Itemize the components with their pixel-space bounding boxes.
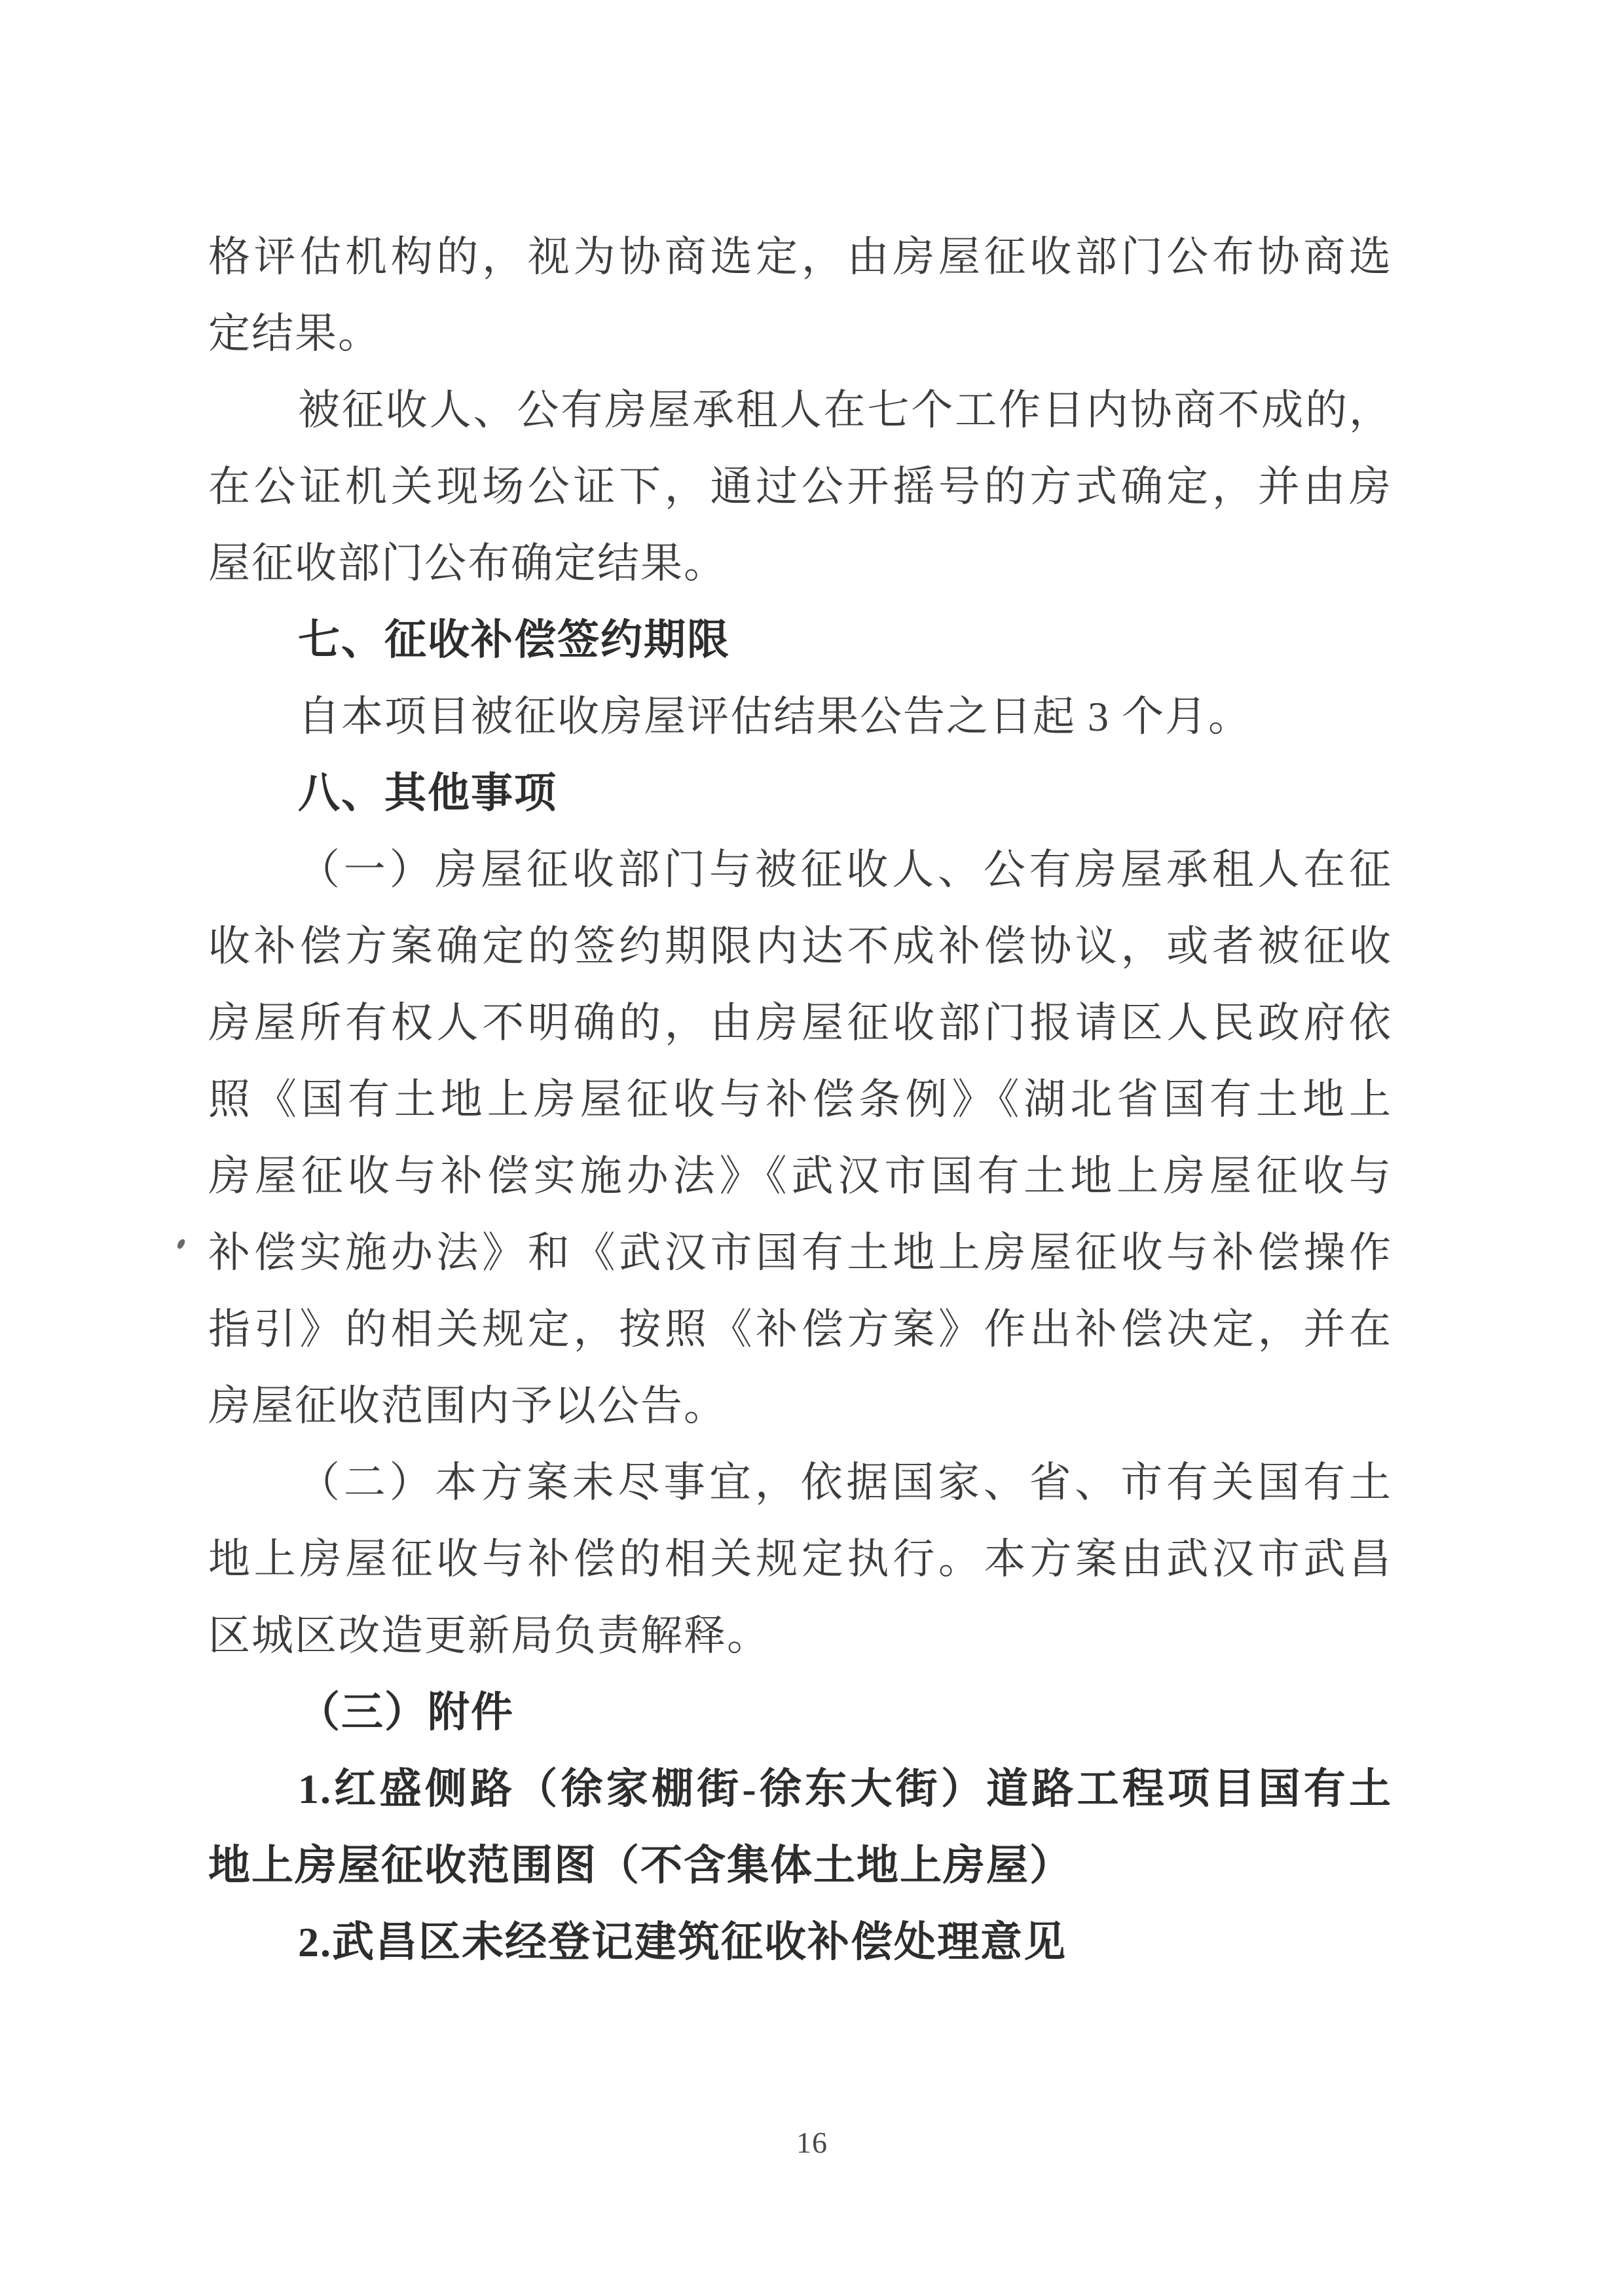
page-number: 16 — [0, 2125, 1624, 2160]
text-line: 被征收人、公有房屋承租人在七个工作日内协商不成的， — [208, 374, 1392, 450]
text-line: 定结果。 — [208, 297, 1392, 374]
heading-line: 地上房屋征收范围图（不含集体土地上房屋） — [208, 1829, 1392, 1906]
text-line: 屋征收部门公布确定结果。 — [208, 527, 1392, 604]
text-line: （一）房屋征收部门与被征收人、公有房屋承租人在征 — [208, 833, 1392, 910]
heading-line: （三）附件 — [208, 1676, 1392, 1753]
heading-line: 1.红盛侧路（徐家棚街-徐东大街）道路工程项目国有土 — [208, 1753, 1392, 1829]
text-line: 格评估机构的，视为协商选定，由房屋征收部门公布协商选 — [208, 221, 1392, 297]
heading-line: 七、征收补偿签约期限 — [208, 604, 1392, 680]
document-page: 格评估机构的，视为协商选定，由房屋征收部门公布协商选定结果。被征收人、公有房屋承… — [0, 0, 1624, 2296]
text-line: 收补偿方案确定的签约期限内达不成补偿协议，或者被征收 — [208, 910, 1392, 987]
text-line: 房屋征收与补偿实施办法》《武汉市国有土地上房屋征收与 — [208, 1140, 1392, 1216]
text-line: 在公证机关现场公证下，通过公开摇号的方式确定，并由房 — [208, 450, 1392, 527]
text-line: 房屋所有权人不明确的，由房屋征收部门报请区人民政府依 — [208, 987, 1392, 1063]
text-line: 区城区改造更新局负责解释。 — [208, 1599, 1392, 1676]
text-line: 自本项目被征收房屋评估结果公告之日起 3 个月。 — [208, 680, 1392, 757]
heading-line: 八、其他事项 — [208, 757, 1392, 833]
text-line: 照《国有土地上房屋征收与补偿条例》《湖北省国有土地上 — [208, 1063, 1392, 1140]
scan-speck-mark — [176, 1238, 186, 1250]
text-line: 指引》的相关规定，按照《补偿方案》作出补偿决定，并在 — [208, 1293, 1392, 1370]
text-line: 地上房屋征收与补偿的相关规定执行。本方案由武汉市武昌 — [208, 1523, 1392, 1599]
text-line: 房屋征收范围内予以公告。 — [208, 1370, 1392, 1446]
heading-line: 2.武昌区未经登记建筑征收补偿处理意见 — [208, 1906, 1392, 1982]
text-line: 补偿实施办法》和《武汉市国有土地上房屋征收与补偿操作 — [208, 1216, 1392, 1293]
document-text-block: 格评估机构的，视为协商选定，由房屋征收部门公布协商选定结果。被征收人、公有房屋承… — [208, 221, 1392, 1982]
text-line: （二）本方案未尽事宜，依据国家、省、市有关国有土 — [208, 1446, 1392, 1523]
